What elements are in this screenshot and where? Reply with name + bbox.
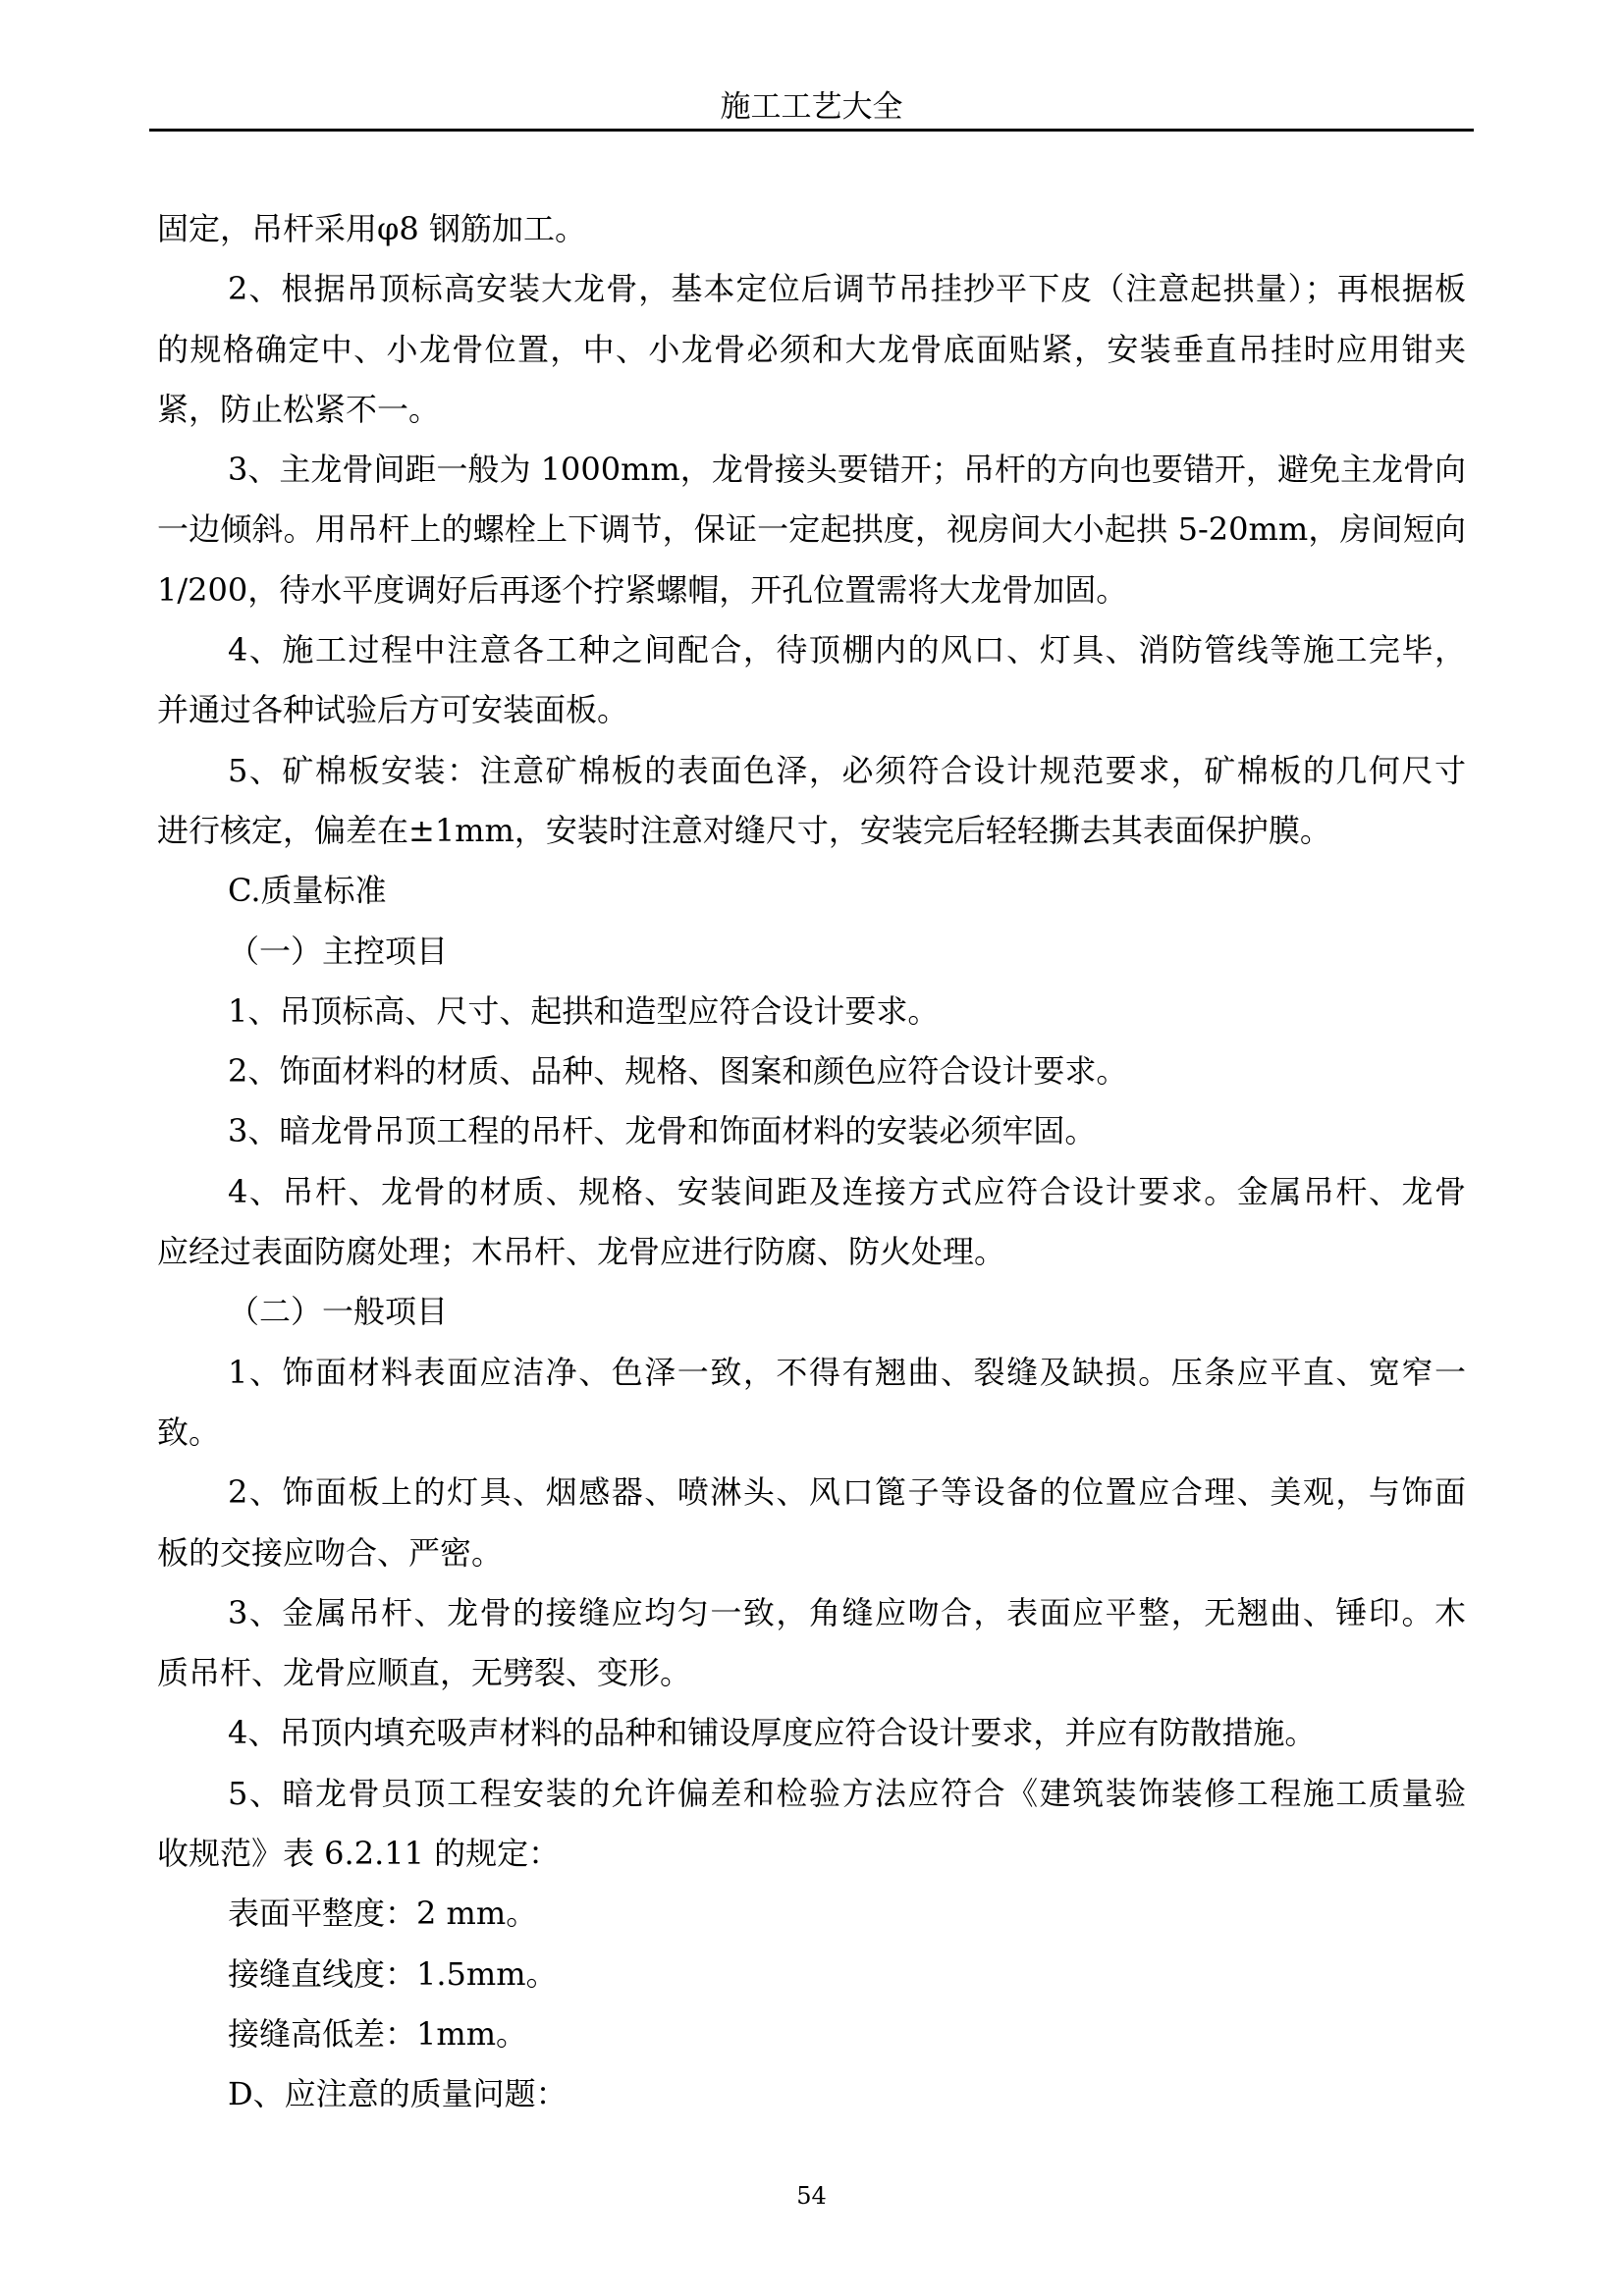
paragraph-line: 进行核定，偏差在±1mm，安装时注意对缝尺寸，安装完后轻轻撕去其表面保护膜。	[157, 801, 1466, 861]
paragraph-line: 收规范》表 6.2.11 的规定：	[157, 1824, 1466, 1884]
paragraph-line: 紧，防止松紧不一。	[157, 380, 1466, 440]
paragraph-line: 1、饰面材料表面应洁净、色泽一致，不得有翘曲、裂缝及缺损。压条应平直、宽窄一	[157, 1343, 1466, 1403]
paragraph-line: 5、矿棉板安装：注意矿棉板的表面色泽，必须符合设计规范要求，矿棉板的几何尺寸	[157, 741, 1466, 801]
paragraph-line: 的规格确定中、小龙骨位置，中、小龙骨必须和大龙骨底面贴紧，安装垂直吊挂时应用钳夹	[157, 320, 1466, 380]
tolerance-item: 接缝高低差：1mm。	[157, 2004, 1466, 2064]
paragraph-line: 4、吊顶内填充吸声材料的品种和铺设厚度应符合设计要求，并应有防散措施。	[157, 1703, 1466, 1763]
paragraph-line: 2、根据吊顶标高安装大龙骨，基本定位后调节吊挂抄平下皮（注意起拱量）；再根据板	[157, 259, 1466, 319]
paragraph-line: 固定，吊杆采用φ8 钢筋加工。	[157, 199, 1466, 259]
paragraph-line: 5、暗龙骨员顶工程安装的允许偏差和检验方法应符合《建筑装饰装修工程施工质量验	[157, 1764, 1466, 1824]
paragraph-line: 4、吊杆、龙骨的材质、规格、安装间距及连接方式应符合设计要求。金属吊杆、龙骨	[157, 1162, 1466, 1222]
section-heading: C.质量标准	[157, 861, 1466, 921]
paragraph-line: 4、施工过程中注意各工种之间配合，待顶棚内的风口、灯具、消防管线等施工完毕，	[157, 620, 1466, 680]
running-header-title: 施工工艺大全	[0, 88, 1623, 126]
tolerance-item: 表面平整度：2 mm。	[157, 1884, 1466, 1944]
paragraph-line: 并通过各种试验后方可安装面板。	[157, 680, 1466, 740]
paragraph-line: 1/200，待水平度调好后再逐个拧紧螺帽，开孔位置需将大龙骨加固。	[157, 561, 1466, 620]
subsection-heading: （一）主控项目	[157, 922, 1466, 982]
subsection-heading: （二）一般项目	[157, 1282, 1466, 1342]
header-divider	[149, 129, 1474, 132]
paragraph-line: 应经过表面防腐处理；木吊杆、龙骨应进行防腐、防火处理。	[157, 1222, 1466, 1282]
tolerance-item: 接缝直线度：1.5mm。	[157, 1945, 1466, 2004]
paragraph-line: 3、金属吊杆、龙骨的接缝应均匀一致，角缝应吻合，表面应平整，无翘曲、锤印。木	[157, 1583, 1466, 1643]
paragraph-line: 3、暗龙骨吊顶工程的吊杆、龙骨和饰面材料的安装必须牢固。	[157, 1101, 1466, 1161]
page-number: 54	[0, 2181, 1623, 2211]
paragraph-line: 2、饰面材料的材质、品种、规格、图案和颜色应符合设计要求。	[157, 1041, 1466, 1101]
section-heading: D、应注意的质量问题：	[157, 2064, 1466, 2124]
document-body: 固定，吊杆采用φ8 钢筋加工。 2、根据吊顶标高安装大龙骨，基本定位后调节吊挂抄…	[157, 199, 1466, 2125]
paragraph-line: 致。	[157, 1403, 1466, 1463]
paragraph-line: 1、吊顶标高、尺寸、起拱和造型应符合设计要求。	[157, 982, 1466, 1041]
paragraph-line: 板的交接应吻合、严密。	[157, 1523, 1466, 1583]
paragraph-line: 一边倾斜。用吊杆上的螺栓上下调节，保证一定起拱度，视房间大小起拱 5-20mm，…	[157, 500, 1466, 560]
paragraph-line: 质吊杆、龙骨应顺直，无劈裂、变形。	[157, 1643, 1466, 1703]
paragraph-line: 3、主龙骨间距一般为 1000mm，龙骨接头要错开；吊杆的方向也要错开，避免主龙…	[157, 440, 1466, 500]
paragraph-line: 2、饰面板上的灯具、烟感器、喷淋头、风口篦子等设备的位置应合理、美观，与饰面	[157, 1463, 1466, 1522]
